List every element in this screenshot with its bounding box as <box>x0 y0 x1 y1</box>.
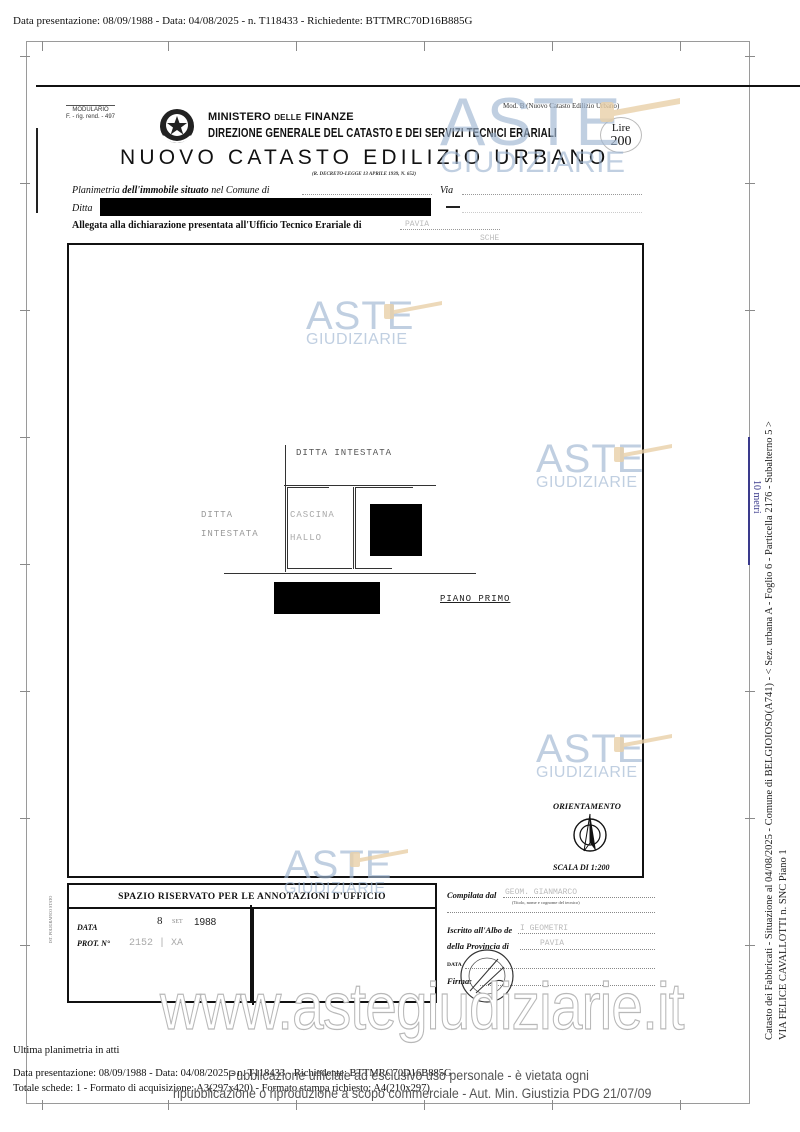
data-day: 8 <box>157 915 163 927</box>
catasto-info-line: Catasto dei Fabbricati - Situazione al 0… <box>764 421 775 1040</box>
giudiziarie-text: GIUDIZIARIE <box>536 765 644 781</box>
frame-tick <box>745 56 755 57</box>
ministero-word: MINISTERO <box>208 111 271 123</box>
comune-field-line <box>302 194 432 195</box>
ditta-field-line <box>462 212 642 213</box>
comune-word: nel Comune di <box>211 185 269 196</box>
plan-wall <box>355 568 392 569</box>
iscritto-label: Iscritto all'Albo de <box>447 925 512 935</box>
giudiziarie-text: GIUDIZIARIE <box>440 148 626 178</box>
frame-tick <box>552 41 553 51</box>
frame-tick <box>42 1100 43 1110</box>
scale-bar <box>748 437 750 565</box>
frame-tick <box>20 945 30 946</box>
frame-tick <box>20 56 30 57</box>
north-arrow-icon <box>571 813 609 853</box>
ditta-left-line2: INTESTATA <box>201 529 259 539</box>
frame-tick <box>20 691 30 692</box>
frame-tick <box>745 818 755 819</box>
ditta-label: Ditta <box>72 203 93 214</box>
modulario-line2: F. - rig. rend. - 497 <box>66 114 115 121</box>
room-label-1: CASCINA <box>290 510 335 520</box>
compilata-label: Compilata dal <box>447 890 496 900</box>
finanze-word: FINANZE <box>305 111 354 123</box>
compilata-value: GEOM. GIANMARCO <box>505 888 577 897</box>
modulario-label: MODULARIO F. - rig. rend. - 497 <box>66 105 115 121</box>
redacted-owner <box>100 198 431 216</box>
frame-tick <box>168 1100 169 1110</box>
scala-label: SCALA DI 1:200 <box>553 863 609 872</box>
situato-word: situato <box>181 185 209 196</box>
frame-tick <box>424 1100 425 1110</box>
gavel-icon <box>384 300 442 327</box>
ministero-heading: MINISTERO DELLE FINANZE <box>208 111 354 123</box>
plan-wall <box>285 445 286 572</box>
titolo-hint: (Titolo, nome e cognome del tecnico) <box>512 900 580 905</box>
data-label: DATA <box>77 923 97 932</box>
sheet-left-edge <box>36 128 38 213</box>
publication-notice-line2: ripubblicazione o riproduzione a scopo c… <box>173 1086 651 1101</box>
allegata-field-line <box>400 229 500 230</box>
iscritto-line <box>518 933 655 934</box>
plan-wall <box>287 568 352 569</box>
provincia-value: PAVIA <box>540 939 564 948</box>
plan-wall <box>284 485 436 486</box>
via-label: Via <box>440 185 453 196</box>
site-watermark: www.astegiudiziarie.it <box>160 968 684 1044</box>
frame-tick <box>20 437 30 438</box>
allegata-label: Allegata alla dichiarazione presentata a… <box>72 220 362 231</box>
frame-tick <box>424 41 425 51</box>
gavel-icon <box>600 96 680 131</box>
data-month: SET <box>172 919 183 925</box>
address-line: VIA FELICE CAVALLOTTI n. SNC Piano 1 <box>778 849 789 1040</box>
frame-tick <box>42 41 43 51</box>
plan-baseline <box>224 573 476 574</box>
plan-wall <box>353 487 354 569</box>
allegata-value: PAVIA <box>405 220 429 229</box>
ditta-left-line1: DITTA <box>201 510 233 520</box>
frame-tick <box>20 564 30 565</box>
prot-value: 2152 | XA <box>129 938 183 949</box>
planimetria-label: Planimetria dell'immobile situato nel Co… <box>72 185 270 196</box>
publication-notice-line1: Pubblicazione ufficiale ad esclusivo uso… <box>228 1068 589 1083</box>
iscritto-value: I GEOMETRI <box>520 924 568 933</box>
frame-tick <box>296 1100 297 1110</box>
data-year: 1988 <box>194 917 216 928</box>
sheet-top-edge <box>36 85 800 87</box>
modulario-line1: MODULARIO <box>66 107 115 114</box>
frame-tick <box>296 41 297 51</box>
piano-label: PIANO PRIMO <box>440 594 510 604</box>
giudiziarie-text: GIUDIZIARIE <box>284 881 392 897</box>
gavel-icon <box>350 848 408 875</box>
giudiziarie-text: GIUDIZIARIE <box>536 475 644 491</box>
plan-wall <box>287 487 288 569</box>
redacted-block <box>274 582 380 614</box>
immobile-word: dell'immobile <box>122 185 178 196</box>
frame-tick <box>20 183 30 184</box>
frame-tick <box>745 691 755 692</box>
printer-mark: IST. POLIGRAFICO STATO <box>48 896 53 943</box>
ultima-planimetria: Ultima planimetria in atti <box>13 1045 119 1056</box>
plan-wall <box>355 487 356 569</box>
frame-tick <box>552 1100 553 1110</box>
frame-tick <box>20 818 30 819</box>
republic-emblem-icon <box>157 106 197 146</box>
frame-tick <box>745 183 755 184</box>
compilata-line <box>503 897 655 898</box>
gavel-icon <box>614 443 672 470</box>
delle-word: DELLE <box>274 113 301 122</box>
frame-tick <box>20 310 30 311</box>
scheda-faint: SCHE <box>480 234 499 243</box>
planimetria-word: Planimetria <box>72 185 120 196</box>
aste-watermark: ASTE GIUDIZIARIE <box>440 88 626 178</box>
frame-tick <box>680 1100 681 1110</box>
plan-wall <box>355 487 413 488</box>
room-label-2: HALLO <box>290 533 322 543</box>
frame-tick <box>168 41 169 51</box>
dash-mark <box>446 206 460 208</box>
ditta-intestata-top: DITTA INTESTATA <box>296 448 392 458</box>
document-header-line: Data presentazione: 08/09/1988 - Data: 0… <box>13 15 472 27</box>
provincia-line <box>520 949 655 950</box>
frame-tick <box>745 310 755 311</box>
orientamento-label: ORIENTAMENTO <box>553 801 621 811</box>
scale-bar-label: 10 metri <box>751 480 762 514</box>
separator-line <box>447 912 655 913</box>
plan-wall <box>287 487 329 488</box>
giudiziarie-text: GIUDIZIARIE <box>306 332 414 348</box>
frame-tick <box>680 41 681 51</box>
via-field-line <box>462 194 642 195</box>
prot-label: PROT. N° <box>77 939 110 948</box>
frame-tick <box>745 945 755 946</box>
gavel-icon <box>614 733 672 760</box>
decreto-reference: (R. DECRETO-LEGGE 13 APRILE 1939, N. 652… <box>312 172 416 177</box>
redacted-block <box>370 504 422 556</box>
